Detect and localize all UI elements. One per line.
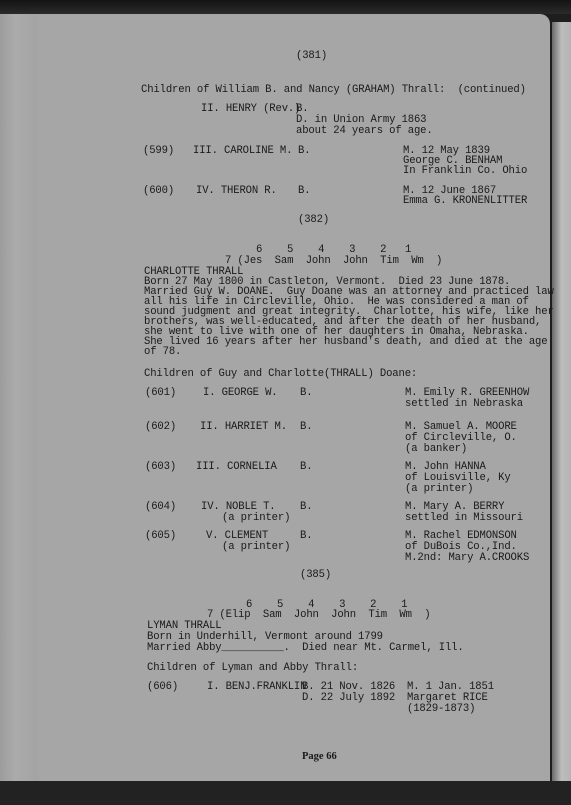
- entry-birth-line: B.: [300, 530, 312, 542]
- entry-marriage-line: settled in Missouri: [405, 512, 523, 524]
- entry-name: III. CORNELIA: [196, 461, 277, 473]
- entry-birth-line: B.: [300, 387, 312, 399]
- entry-name: II. HARRIET M.: [200, 421, 287, 433]
- entry-marriage-line: (a banker): [405, 443, 467, 455]
- scan-border-top: [0, 0, 571, 14]
- entry-birth-line: B.: [298, 185, 310, 197]
- children-heading: Children of Guy and Charlotte(THRALL) Do…: [144, 368, 417, 380]
- adjacent-page-edge: [552, 22, 571, 781]
- entry-name: I. BENJ.FRANKLIN: [207, 681, 306, 693]
- lineage-ancestor-names: 7 (Elip Sam John John Tim Wm ): [207, 609, 430, 621]
- section-381-heading: Children of William B. and Nancy (GRAHAM…: [141, 84, 526, 96]
- lineage-ancestor-names: 7 (Jes Sam John John Tim Wm ): [225, 255, 442, 267]
- bio-line: She lived 16 years after her husband's d…: [144, 336, 547, 348]
- entry-id: (605): [145, 530, 176, 542]
- entry-id: (600): [143, 185, 174, 197]
- entry-id: (602): [145, 421, 176, 433]
- entry-id: (604): [145, 501, 176, 513]
- entry-id: (603): [145, 461, 176, 473]
- entry-marriage-line: In Franklin Co. Ohio: [403, 165, 527, 177]
- entry-birth-line: B.: [300, 421, 312, 433]
- entry-id: (606): [147, 681, 178, 693]
- section-number-381: (381): [296, 50, 327, 62]
- entry-marriage-line: Emma G. KRONENLITTER: [403, 195, 527, 207]
- entry-name-note: (a printer): [222, 541, 290, 553]
- bio-line: of 78.: [144, 346, 181, 358]
- entry-death-line: D. 22 July 1892: [302, 692, 395, 704]
- entry-birth-line: about 24 years of age.: [296, 125, 433, 137]
- entry-marriage-line: (a printer): [405, 483, 473, 495]
- page-footer: Page 66: [302, 751, 337, 762]
- section-number-382: (382): [298, 214, 329, 226]
- scan-border-bottom: [0, 781, 571, 805]
- page-binding-edge: [0, 14, 38, 781]
- entry-id: (601): [145, 387, 176, 399]
- entry-marriage-line: settled in Nebraska: [405, 398, 523, 410]
- entry-name: III. CAROLINE M.: [193, 145, 292, 157]
- entry-name: I. GEORGE W.: [203, 387, 278, 399]
- section-number-385: (385): [300, 569, 331, 581]
- bio-line: Married Abby__________. Died near Mt. Ca…: [147, 642, 464, 654]
- entry-marriage-line: M.2nd: Mary A.CROOKS: [405, 552, 529, 564]
- entry-name: IV. THERON R.: [196, 185, 277, 197]
- entry-marriage-line: (1829-1873): [407, 703, 475, 715]
- entry-name: II. HENRY (Rev.): [201, 103, 300, 115]
- entry-name-note: (a printer): [222, 512, 290, 524]
- entry-birth-line: B.: [300, 461, 312, 473]
- children-heading: Children of Lyman and Abby Thrall:: [147, 662, 358, 674]
- entry-id: (599): [143, 145, 174, 157]
- entry-birth-line: B.: [300, 501, 312, 513]
- entry-birth-line: B.: [298, 145, 310, 157]
